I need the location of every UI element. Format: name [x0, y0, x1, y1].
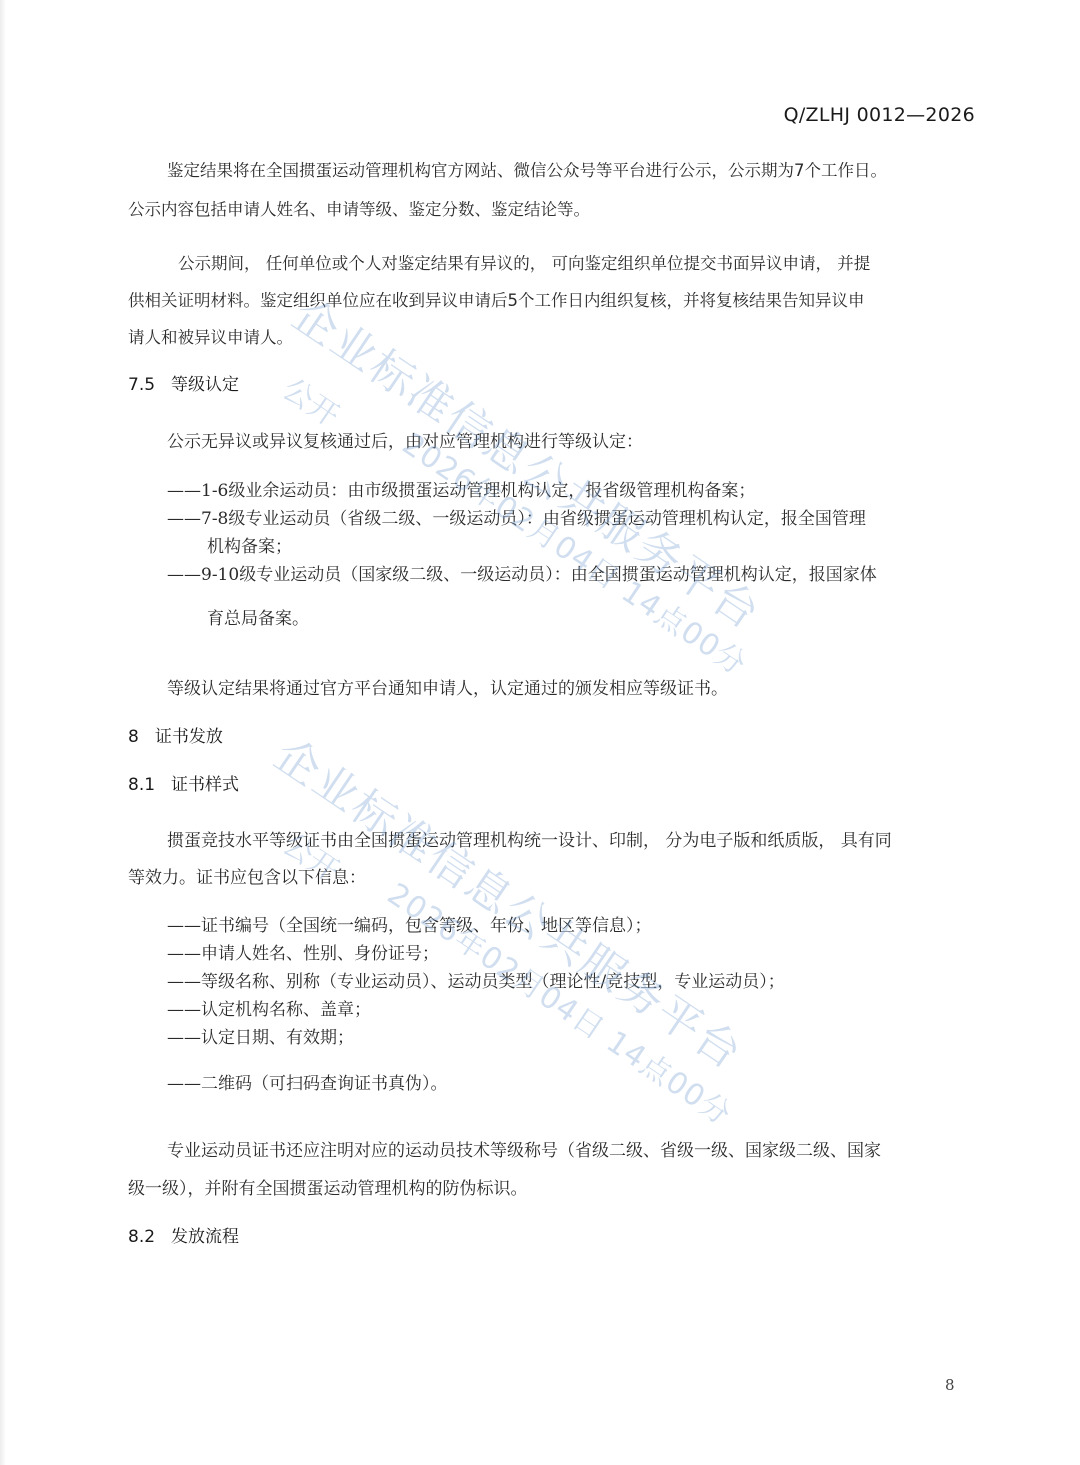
document-page: Q/ZLHJ 0012—2026 鉴定结果将在全国掼蛋运动管理机构官方网站、微信… [0, 0, 1080, 1465]
paragraph-line: 鉴定结果将在全国掼蛋运动管理机构官方网站、微信公众号等平台进行公示，公示期为7个… [167, 163, 887, 180]
paragraph-line: 公示期间， 任何单位或个人对鉴定结果有异议的， 可向鉴定组织单位提交书面异议申请… [178, 256, 870, 273]
list-item: ——7-8级专业运动员（省级二级、一级运动员）：由省级掼蛋运动管理机构认定，报全… [167, 511, 866, 528]
list-item: ——1-6级业余运动员：由市级掼蛋运动管理机构认定，报省级管理机构备案； [167, 483, 755, 500]
paragraph-line: 供相关证明材料。鉴定组织单位应在收到异议申请后5个工作日内组织复核，并将复核结果… [128, 293, 865, 310]
section-number: 8 [128, 729, 139, 746]
watermark-status: 公开 [275, 365, 349, 435]
watermark-platform: 企业标准信息公共服务平台 [282, 280, 775, 642]
watermark-timestamp: 2026年02月04日 14点00分 [395, 420, 757, 684]
page-edge-shadow [0, 0, 6, 1465]
section-number: 7.5 [128, 377, 155, 394]
list-item: ——二维码（可扫码查询证书真伪）。 [167, 1076, 448, 1093]
paragraph-line: 等级认定结果将通过官方平台通知申请人，认定通过的颁发相应等级证书。 [167, 681, 728, 698]
paragraph-line: 公示内容包括申请人姓名、申请等级、鉴定分数、鉴定结论等。 [128, 202, 590, 219]
list-item: ——认定机构名称、盖章； [167, 1002, 371, 1019]
section-title: 等级认定 [171, 375, 239, 395]
section-title: 证书发放 [155, 727, 223, 747]
paragraph-line: 等效力。证书应包含以下信息： [128, 870, 366, 887]
section-heading-8: 8证书发放 [128, 729, 223, 746]
list-item: ——认定日期、有效期； [167, 1030, 354, 1047]
list-item: ——等级名称、别称（专业运动员）、运动员类型（理论性/竞技型，专业运动员）； [167, 974, 785, 991]
section-title: 发放流程 [171, 1227, 239, 1247]
paragraph-line: 专业运动员证书还应注明对应的运动员技术等级称号（省级二级、省级一级、国家级二级、… [167, 1143, 881, 1160]
watermark-timestamp: 2026年02月04日 14点00分 [380, 870, 742, 1134]
list-item: ——申请人姓名、性别、身份证号； [167, 946, 439, 963]
section-number: 8.2 [128, 1229, 155, 1246]
list-item-continuation: 机构备案； [207, 539, 292, 556]
section-title: 证书样式 [171, 775, 239, 795]
paragraph-line: 公示无异议或异议复核通过后，由对应管理机构进行等级认定： [167, 434, 643, 451]
section-heading-8-2: 8.2发放流程 [128, 1229, 239, 1246]
list-item: ——9-10级专业运动员（国家级二级、一级运动员）：由全国掼蛋运动管理机构认定，… [167, 567, 877, 584]
section-heading-8-1: 8.1证书样式 [128, 777, 239, 794]
list-item-continuation: 育总局备案。 [207, 611, 309, 628]
paragraph-line: 级一级），并附有全国掼蛋运动管理机构的防伪标识。 [128, 1181, 528, 1198]
document-code: Q/ZLHJ 0012—2026 [784, 104, 975, 126]
section-number: 8.1 [128, 777, 155, 794]
section-heading-7-5: 7.5等级认定 [128, 377, 239, 394]
paragraph-line: 请人和被异议申请人。 [128, 330, 293, 347]
list-item: ——证书编号（全国统一编码，包含等级、年份、地区等信息）； [167, 918, 652, 935]
paragraph-line: 掼蛋竞技水平等级证书由全国掼蛋运动管理机构统一设计、印制， 分为电子版和纸质版，… [167, 833, 892, 850]
page-number: 8 [945, 1376, 955, 1394]
